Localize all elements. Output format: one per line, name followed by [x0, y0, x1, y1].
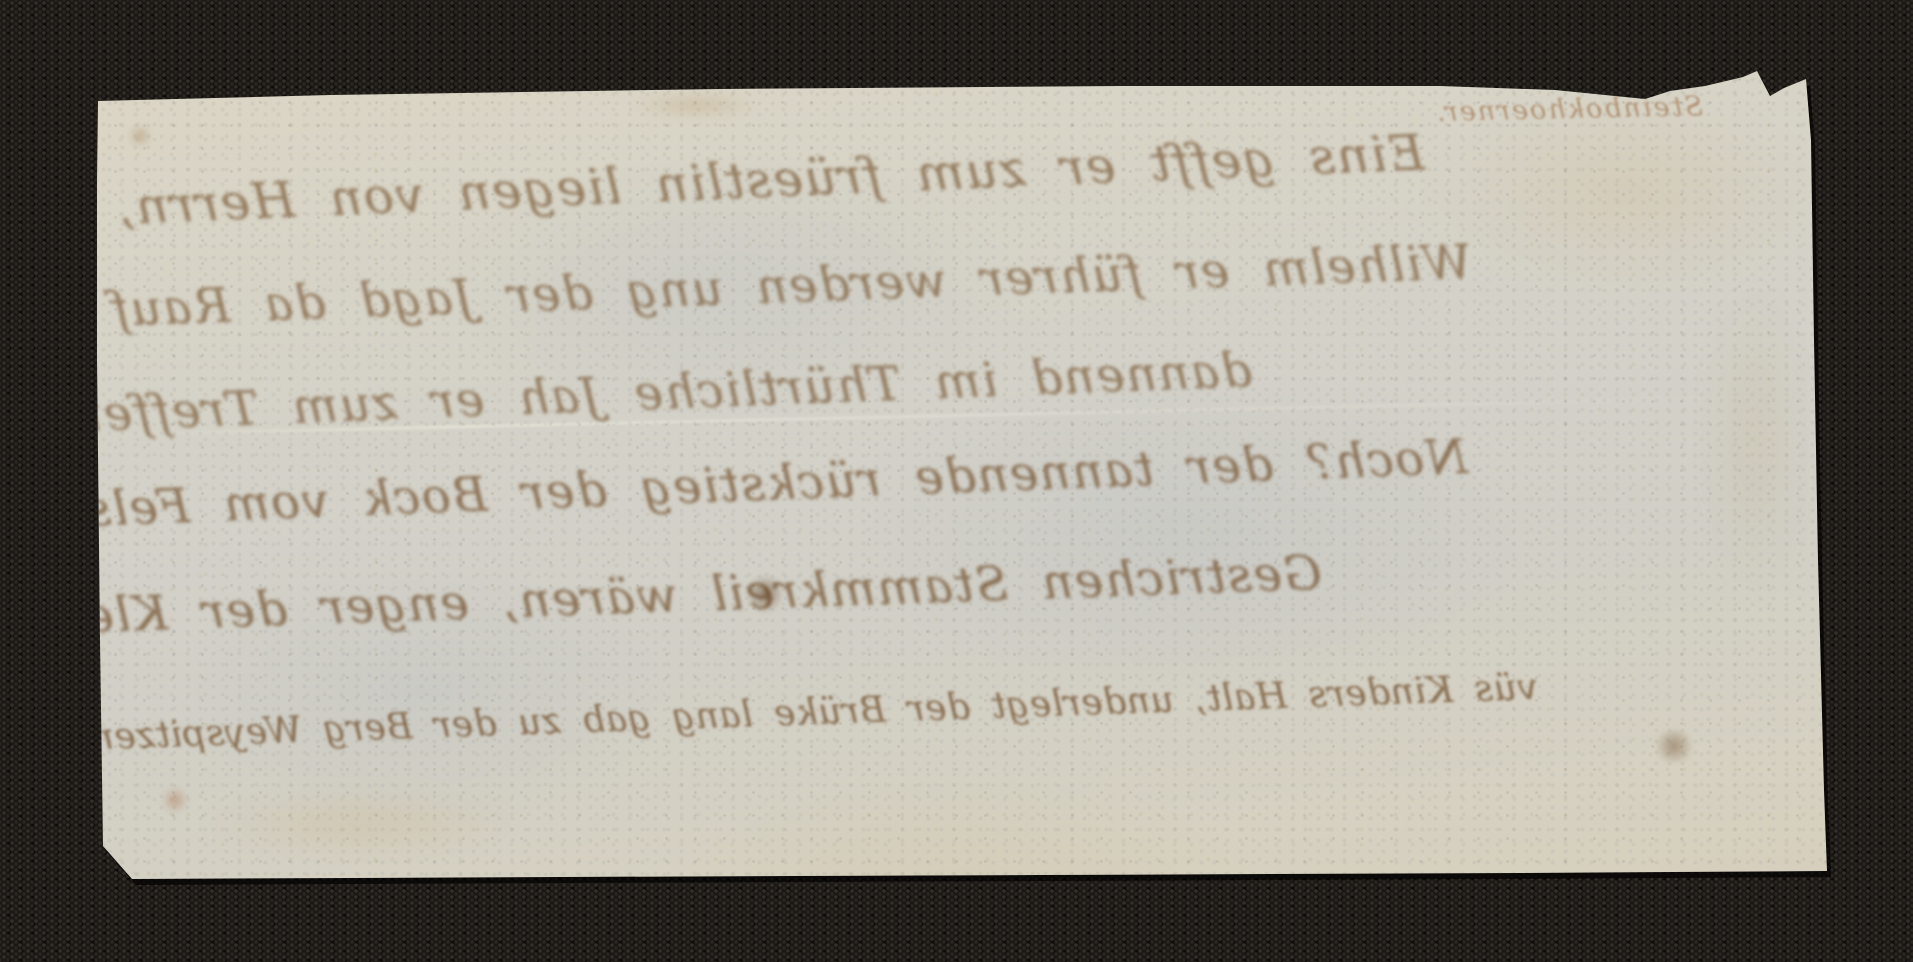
paper-stain — [630, 92, 760, 118]
paper-stain — [163, 786, 187, 814]
paper-fragment: Steinbokhoerner. Eins gefft er zum frües… — [0, 0, 1913, 962]
paper-stain — [1705, 280, 1805, 600]
paper-stain — [126, 126, 154, 146]
inscription-text: Steinbokhoerner. — [1435, 91, 1703, 128]
paper-stain — [200, 788, 520, 860]
ink-blot — [748, 573, 782, 615]
photograph-scene: Steinbokhoerner. Eins gefft er zum frües… — [0, 0, 1913, 962]
ink-blot — [1652, 730, 1696, 762]
